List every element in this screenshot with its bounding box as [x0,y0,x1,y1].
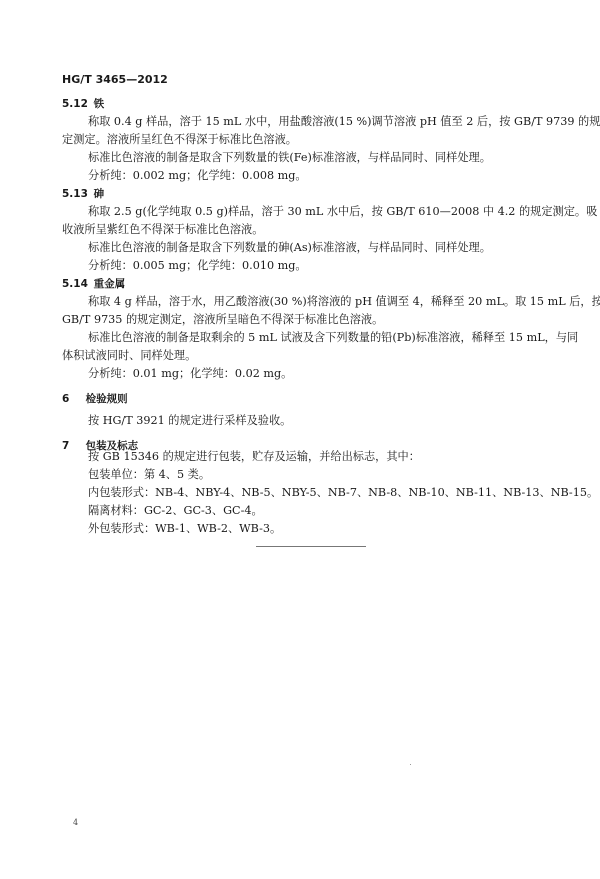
paragraph-line: 隔离材料：GC-2、GC-3、GC-4。 [88,504,263,518]
section-heading-5-14: 5.14 重金属 [62,277,125,291]
section-number: 6 [62,392,82,406]
paragraph-line: 分析纯：0.01 mg；化学纯：0.02 mg。 [88,367,292,381]
paragraph-line: 称取 2.5 g(化学纯取 0.5 g)样品，溶于 30 mL 水中后，按 GB… [88,205,597,219]
section-title: 铁 [94,98,105,110]
paragraph-line: 定测定。溶液所呈红色不得深于标准比色溶液。 [62,133,297,147]
paragraph-line: 外包装形式：WB-1、WB-2、WB-3。 [88,522,281,536]
paragraph-line: 分析纯：0.002 mg；化学纯：0.008 mg。 [88,169,307,183]
end-of-document-rule [256,546,366,547]
standard-id-header: HG/T 3465—2012 [62,73,168,86]
scan-speck [410,764,411,765]
paragraph-line: 标准比色溶液的制备是取含下列数量的铁(Fe)标准溶液，与样品同时、同样处理。 [88,151,491,165]
section-title: 砷 [94,188,105,200]
paragraph-line: 内包装形式：NB-4、NBY-4、NB-5、NBY-5、NB-7、NB-8、NB… [88,486,598,500]
paragraph-line: 称取 4 g 样品，溶于水，用乙酸溶液(30 %)将溶液的 pH 值调至 4，稀… [88,295,600,309]
paragraph-line: 包装单位：第 4、5 类。 [88,468,210,482]
paragraph-line: 称取 0.4 g 样品，溶于 15 mL 水中，用盐酸溶液(15 %)调节溶液 … [88,115,600,129]
paragraph-line: 分析纯：0.005 mg；化学纯：0.010 mg。 [88,259,307,273]
section-number: 7 [62,439,82,453]
paragraph-line: GB/T 9735 的规定测定，溶液所呈暗色不得深于标准比色溶液。 [62,313,383,327]
paragraph-line: 按 HG/T 3921 的规定进行采样及验收。 [88,414,291,428]
section-number: 5.13 [62,187,90,201]
paragraph-line: 体积试液同时、同样处理。 [62,349,196,363]
page-number: 4 [73,818,78,827]
document-page: HG/T 3465—2012 5.12 铁 称取 0.4 g 样品，溶于 15 … [0,0,600,879]
section-title: 重金属 [94,278,126,290]
section-number: 5.12 [62,97,90,111]
paragraph-line: 标准比色溶液的制备是取含下列数量的砷(As)标准溶液，与样品同时、同样处理。 [88,241,491,255]
paragraph-line: 标准比色溶液的制备是取剩余的 5 mL 试液及含下列数量的铅(Pb)标准溶液，稀… [88,331,578,345]
section-heading-5-12: 5.12 铁 [62,97,104,111]
section-heading-6: 6 检验规则 [62,392,128,406]
paragraph-line: 收液所呈紫红色不得深于标准比色溶液。 [62,223,263,237]
paragraph-line: 按 GB 15346 的规定进行包装，贮存及运输，并给出标志，其中： [88,450,420,464]
section-number: 5.14 [62,277,90,291]
section-heading-5-13: 5.13 砷 [62,187,104,201]
section-title: 检验规则 [86,393,128,405]
